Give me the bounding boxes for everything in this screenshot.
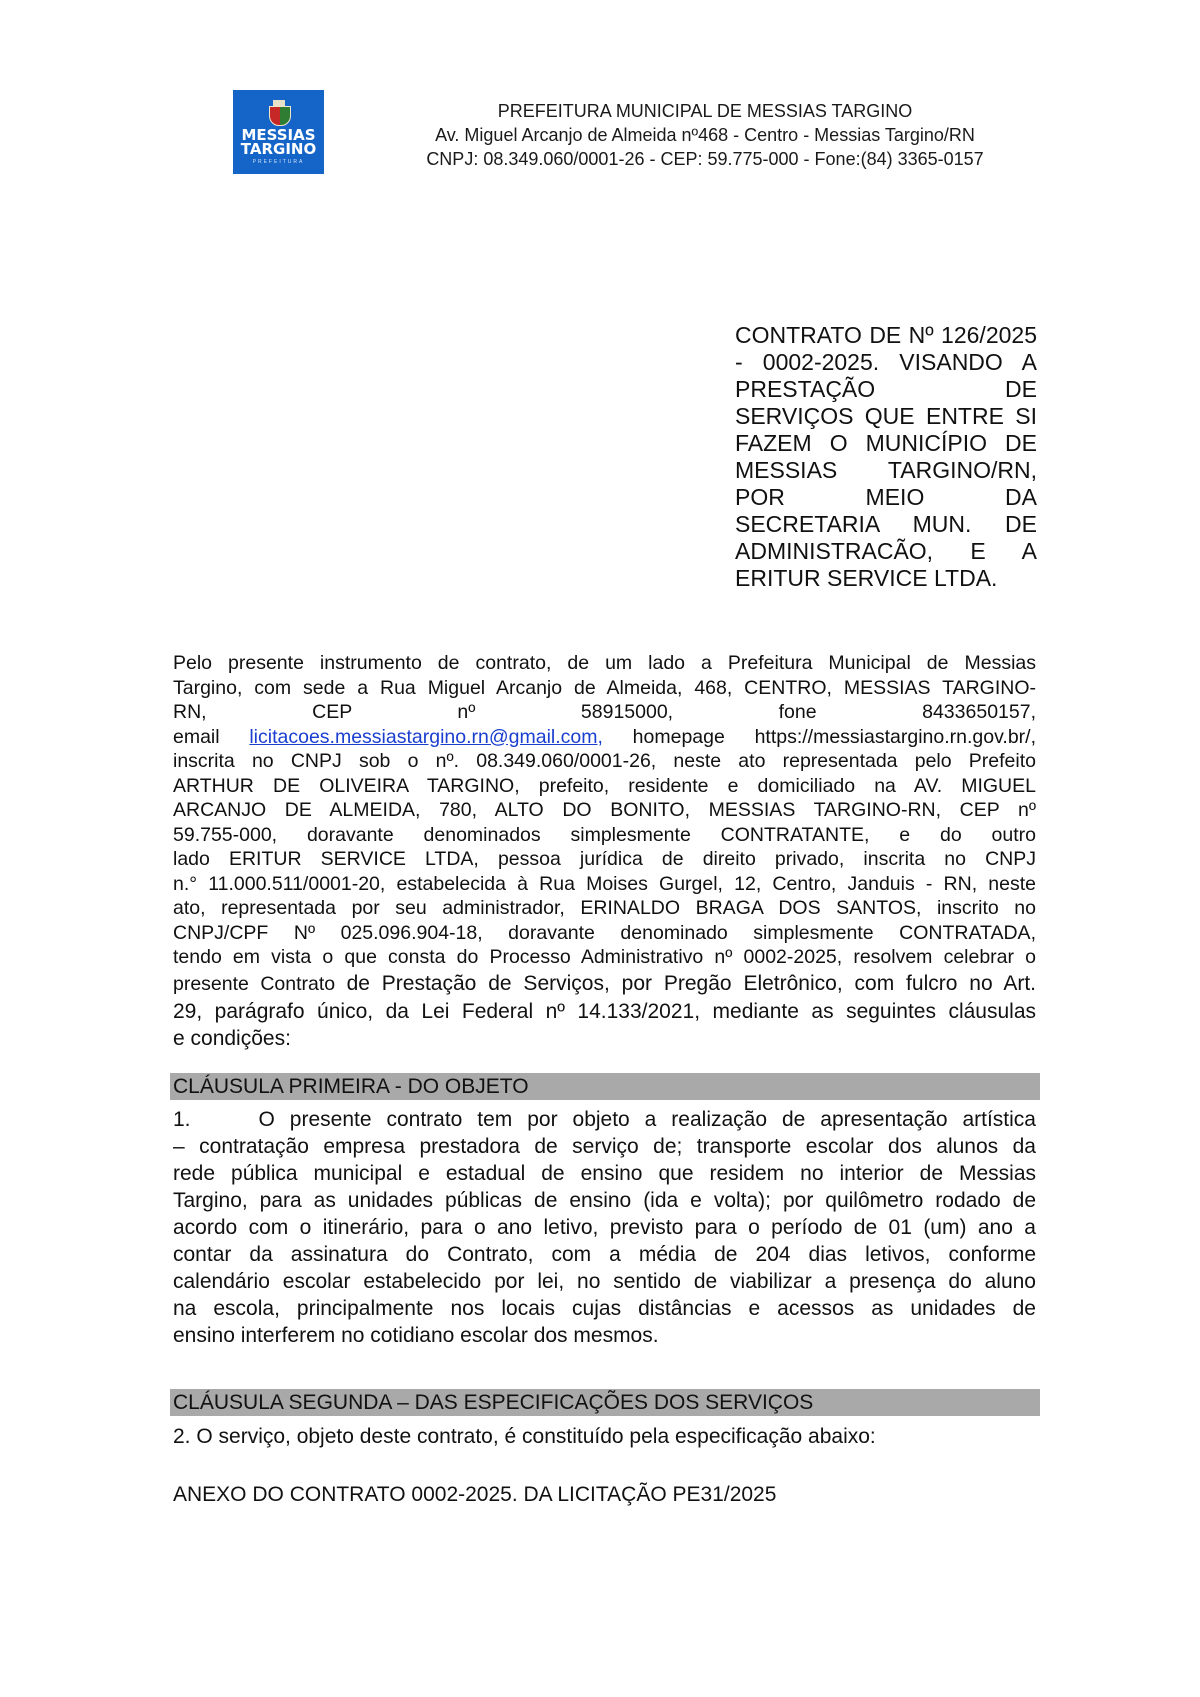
letterhead-address: Av. Miguel Arcanjo de Almeida nº468 - Ce… — [380, 123, 1030, 147]
summary-line: PRESTAÇÃO DE — [735, 376, 1037, 403]
clause-line: – contratação empresa prestadora de serv… — [173, 1133, 1036, 1160]
summary-line: ERITUR SERVICE LTDA. — [735, 565, 1037, 592]
preamble-line: RN, CEP nº 58915000, fone 8433650157, — [173, 700, 1036, 725]
summary-line: MESSIAS TARGINO/RN, — [735, 457, 1037, 484]
letterhead-title: PREFEITURA MUNICIPAL DE MESSIAS TARGINO — [380, 99, 1030, 123]
clause-line: contar da assinatura do Contrato, com a … — [173, 1241, 1036, 1268]
email-link[interactable]: licitacoes.messiastargino.rn@gmail.com, — [249, 726, 603, 748]
homepage-text: homepage https://messiastargino.rn.gov.b… — [603, 726, 1036, 748]
clause-1-heading: CLÁUSULA PRIMEIRA - DO OBJETO — [170, 1073, 1040, 1100]
clause-line: rede pública municipal e estadual de ens… — [173, 1160, 1036, 1187]
preamble-fragment: presente Contrato — [173, 973, 347, 995]
summary-line: CONTRATO DE Nº 126/2025 — [735, 322, 1037, 349]
preamble-line: ARCANJO DE ALMEIDA, 780, ALTO DO BONITO,… — [173, 798, 1036, 823]
clause-text: O presente contrato tem por objeto a rea… — [259, 1108, 1036, 1131]
contract-summary: CONTRATO DE Nº 126/2025 - 0002-2025. VIS… — [735, 322, 1037, 592]
preamble-line: CNPJ/CPF Nº 025.096.904-18, doravante de… — [173, 921, 1036, 946]
preamble-line: ato, representada por seu administrador,… — [173, 896, 1036, 921]
municipality-logo: MESSIAS TARGINO PREFEITURA — [233, 90, 324, 174]
summary-line: SECRETARIA MUN. DE — [735, 511, 1037, 538]
summary-line: FAZEM O MUNICÍPIO DE — [735, 430, 1037, 457]
annex-line: ANEXO DO CONTRATO 0002-2025. DA LICITAÇÃ… — [173, 1481, 1036, 1508]
preamble: Pelo presente instrumento de contrato, d… — [173, 651, 1036, 1052]
preamble-line: ARTHUR DE OLIVEIRA TARGINO, prefeito, re… — [173, 774, 1036, 799]
annex-title: ANEXO DO CONTRATO 0002-2025. DA LICITAÇÃ… — [173, 1481, 1036, 1508]
clause-1-body: 1.O presente contrato tem por objeto a r… — [173, 1106, 1036, 1349]
logo-line-3: PREFEITURA — [253, 159, 305, 165]
clause-number: 1. — [173, 1108, 191, 1131]
preamble-line: 29, parágrafo único, da Lei Federal nº 1… — [173, 998, 1036, 1025]
preamble-line: Targino, com sede a Rua Miguel Arcanjo d… — [173, 676, 1036, 701]
preamble-line: presente Contrato de Prestação de Serviç… — [173, 970, 1036, 998]
preamble-line: lado ERITUR SERVICE LTDA, pessoa jurídic… — [173, 847, 1036, 872]
municipal-crest-icon — [268, 100, 290, 126]
email-label: email — [173, 726, 249, 748]
preamble-line: 59.755-000, doravante denominados simple… — [173, 823, 1036, 848]
letterhead-contact: CNPJ: 08.349.060/0001-26 - CEP: 59.775-0… — [380, 147, 1030, 171]
preamble-line: e condições: — [173, 1025, 1036, 1052]
preamble-line: n.° 11.000.511/0001-20, estabelecida à R… — [173, 872, 1036, 897]
preamble-line: Pelo presente instrumento de contrato, d… — [173, 651, 1036, 676]
logo-line-2: TARGINO — [241, 142, 316, 156]
clause-line: 1.O presente contrato tem por objeto a r… — [173, 1106, 1036, 1133]
preamble-line: email licitacoes.messiastargino.rn@gmail… — [173, 725, 1036, 750]
preamble-fragment: de Prestação de Serviços, por Pregão Ele… — [347, 972, 1036, 995]
preamble-line: tendo em vista o que consta do Processo … — [173, 945, 1036, 970]
clause-line: calendário escolar estabelecido por lei,… — [173, 1268, 1036, 1295]
letterhead: PREFEITURA MUNICIPAL DE MESSIAS TARGINO … — [380, 99, 1030, 171]
summary-line: SERVIÇOS QUE ENTRE SI — [735, 403, 1037, 430]
clause-line: na escola, principalmente nos locais cuj… — [173, 1295, 1036, 1322]
clause-line: acordo com o itinerário, para o ano leti… — [173, 1214, 1036, 1241]
clause-line: 2. O serviço, objeto deste contrato, é c… — [173, 1423, 1036, 1450]
clause-2-heading: CLÁUSULA SEGUNDA – DAS ESPECIFICAÇÕES DO… — [170, 1389, 1040, 1416]
summary-line: - 0002-2025. VISANDO A — [735, 349, 1037, 376]
summary-line: POR MEIO DA — [735, 484, 1037, 511]
clause-line: ensino interferem no cotidiano escolar d… — [173, 1322, 1036, 1349]
clause-2-text: 2. O serviço, objeto deste contrato, é c… — [173, 1423, 1036, 1450]
summary-line: ADMINISTRACÃO, E A — [735, 538, 1037, 565]
clause-line: Targino, para as unidades públicas de en… — [173, 1187, 1036, 1214]
preamble-line: inscrita no CNPJ sob o nº. 08.349.060/00… — [173, 749, 1036, 774]
